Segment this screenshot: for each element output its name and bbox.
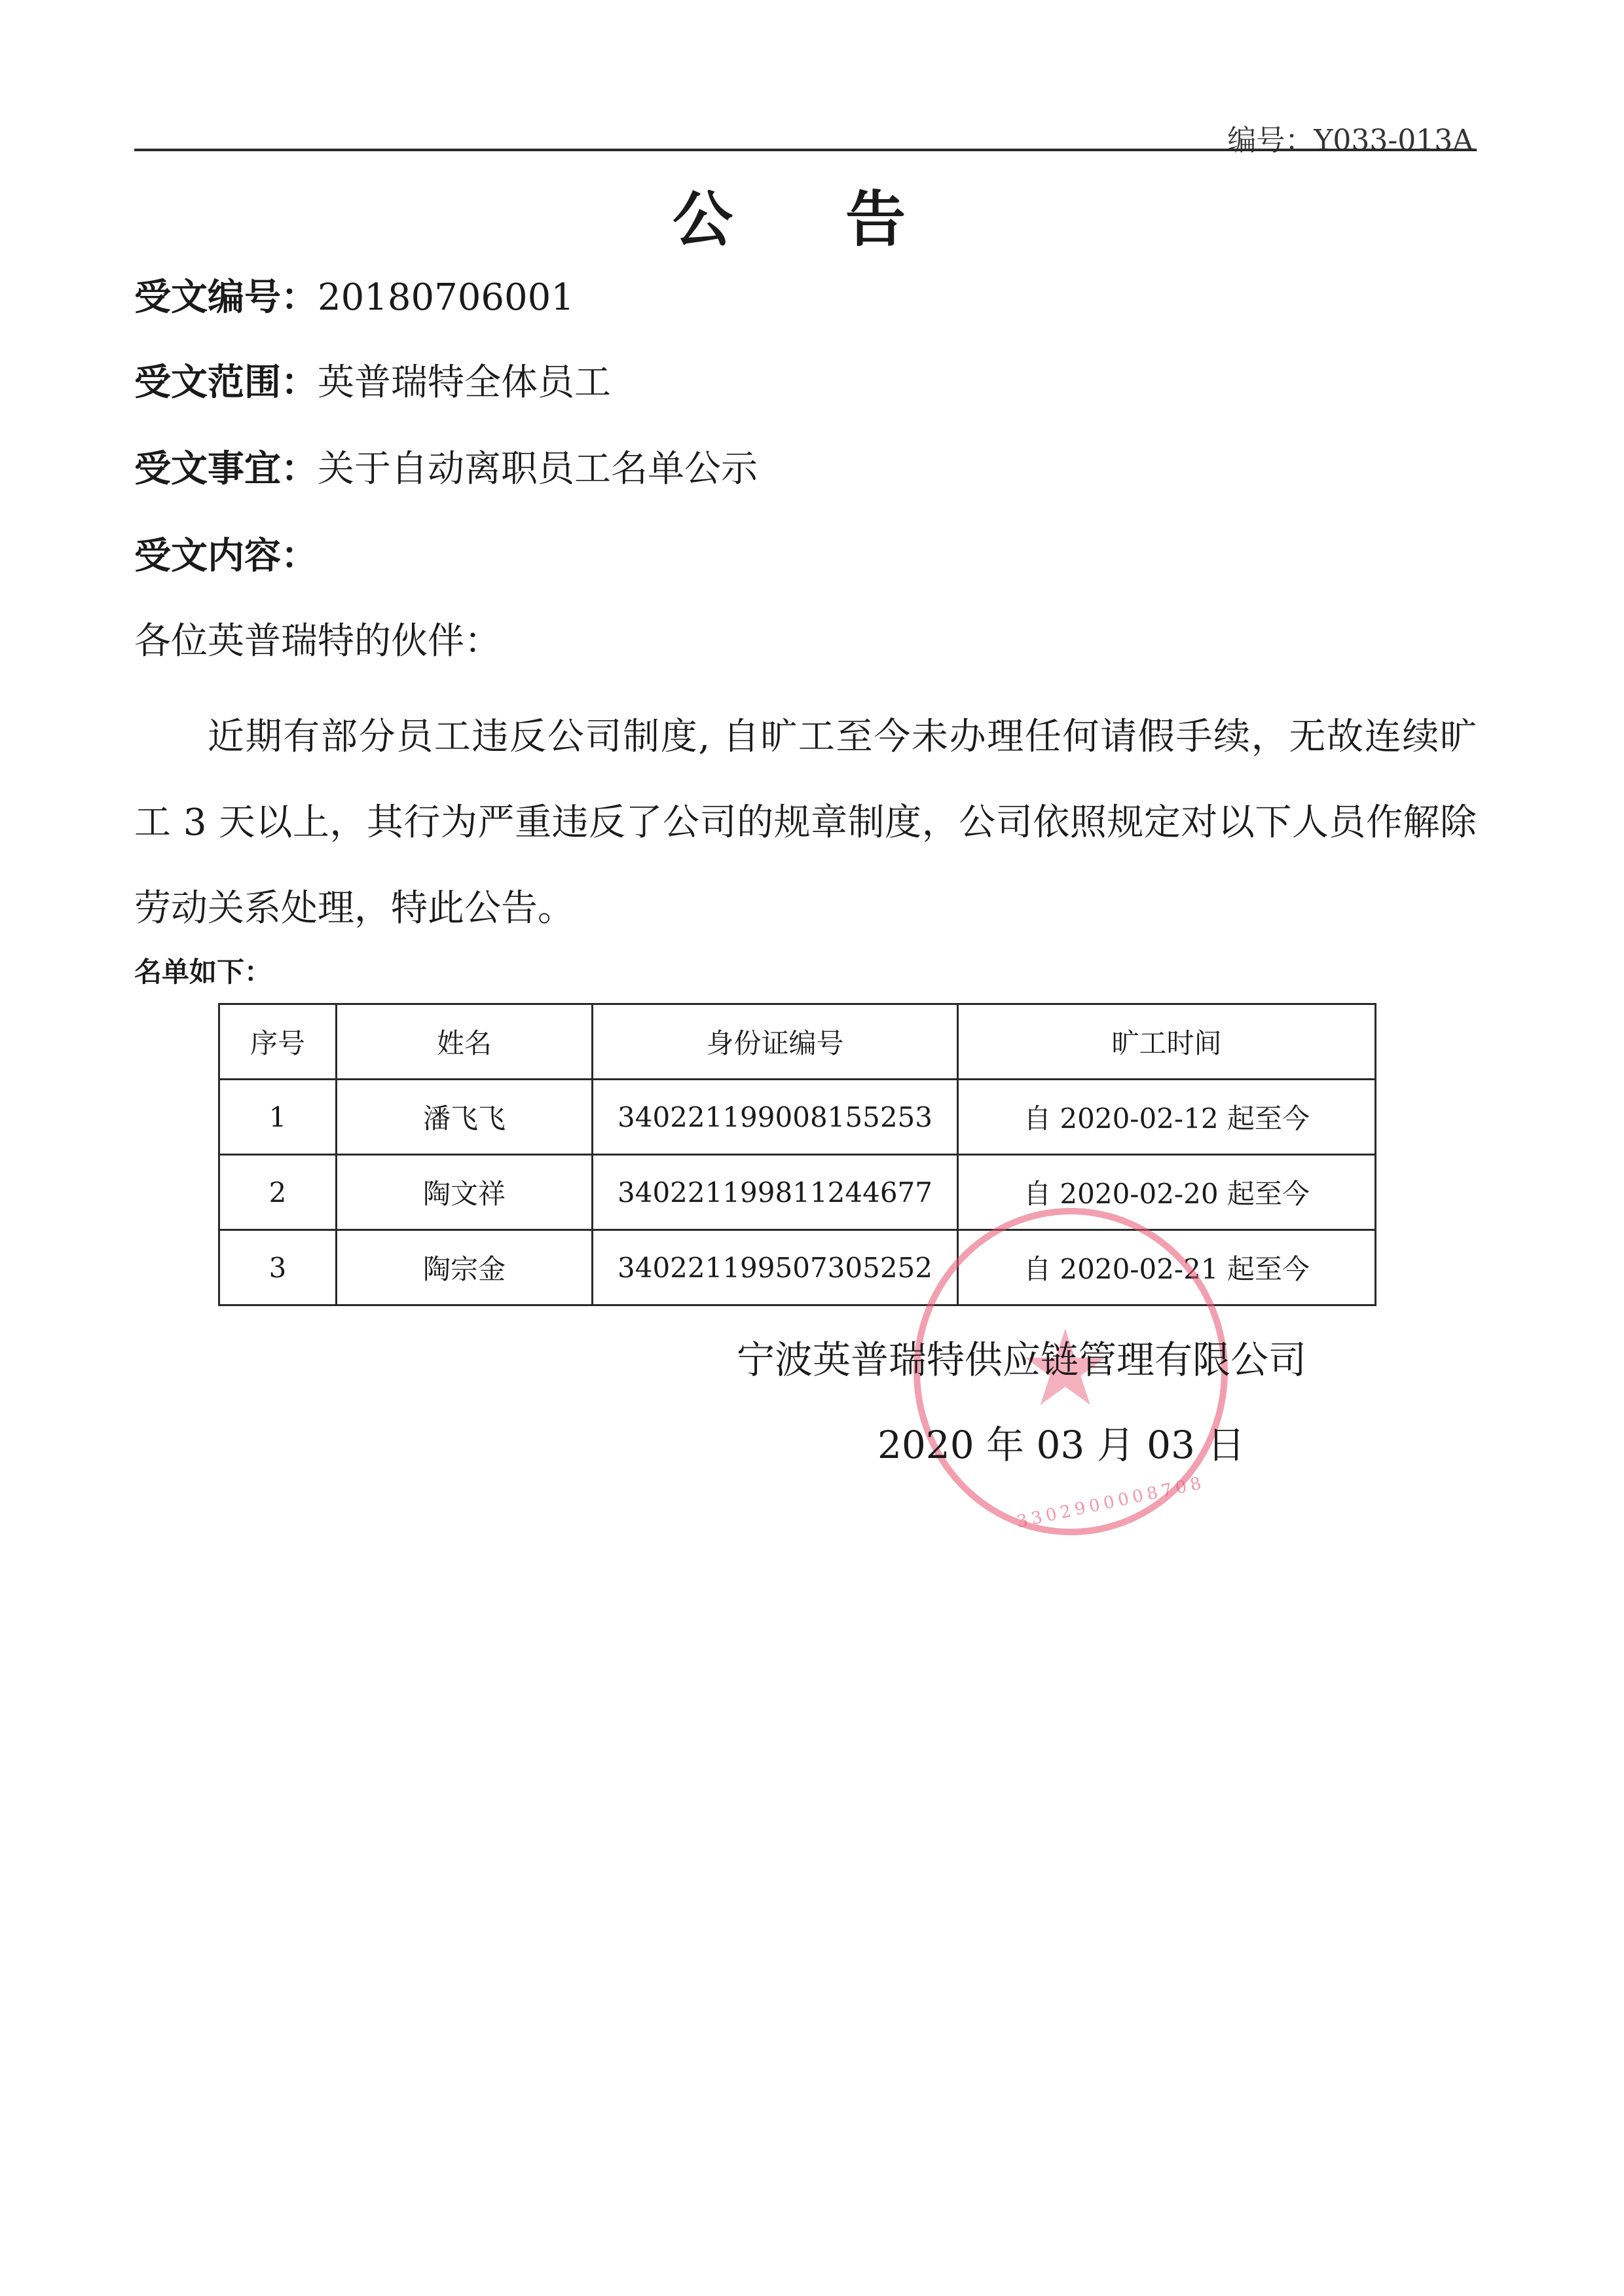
header-absence-time: 旷工时间 (958, 1004, 1376, 1080)
table-header-row: 序号 姓名 身份证编号 旷工时间 (219, 1004, 1376, 1080)
cell-index: 3 (219, 1230, 337, 1305)
cell-id-number: 340221199008155253 (593, 1080, 958, 1155)
field-value: 英普瑞特全体员工 (318, 361, 611, 404)
salutation: 各位英普瑞特的伙伴： (134, 612, 501, 665)
body-paragraph: 近期有部分员工违反公司制度, 自旷工至今未办理任何请假手续，无故连续旷工 3 天… (134, 694, 1477, 951)
field-label: 受文事宜： (134, 448, 318, 490)
field-label: 受文内容： (134, 535, 318, 577)
field-subject: 受文事宜：关于自动离职员工名单公示 (134, 440, 758, 492)
header-id-number: 身份证编号 (593, 1004, 958, 1080)
cell-id-number: 340221199811244677 (593, 1155, 958, 1230)
cell-name: 潘飞飞 (337, 1080, 593, 1155)
field-value: 关于自动离职员工名单公示 (318, 448, 758, 490)
header-name: 姓名 (337, 1004, 593, 1080)
cell-name: 陶文祥 (337, 1155, 593, 1230)
field-label: 受文编号： (134, 276, 318, 319)
field-label: 受文范围： (134, 361, 318, 404)
header-index: 序号 (219, 1004, 337, 1080)
signature-company: 宁波英普瑞特供应链管理有限公司 (737, 1329, 1306, 1384)
cell-absence-time: 自 2020-02-12 起至今 (958, 1080, 1376, 1155)
list-label: 名单如下： (134, 951, 272, 990)
cell-index: 1 (219, 1080, 337, 1155)
field-scope: 受文范围：英普瑞特全体员工 (134, 354, 611, 406)
signature-date: 2020 年 03 月 03 日 (877, 1414, 1245, 1469)
cell-name: 陶宗金 (337, 1230, 593, 1305)
page-title: 公 告 (0, 172, 1624, 258)
table-row: 1 潘飞飞 340221199008155253 自 2020-02-12 起至… (219, 1080, 1376, 1155)
staff-table: 序号 姓名 身份证编号 旷工时间 1 潘飞飞 34022119900815525… (218, 1003, 1376, 1306)
cell-id-number: 340221199507305252 (593, 1230, 958, 1305)
header-rule (134, 149, 1477, 151)
cell-index: 2 (219, 1155, 337, 1230)
field-doc-number: 受文编号：20180706001 (134, 268, 574, 321)
field-value: 20180706001 (318, 276, 574, 319)
table-row: 2 陶文祥 340221199811244677 自 2020-02-20 起至… (219, 1155, 1376, 1230)
document-number: 编号：Y033-013A (1227, 117, 1473, 158)
field-content: 受文内容： (134, 527, 318, 579)
